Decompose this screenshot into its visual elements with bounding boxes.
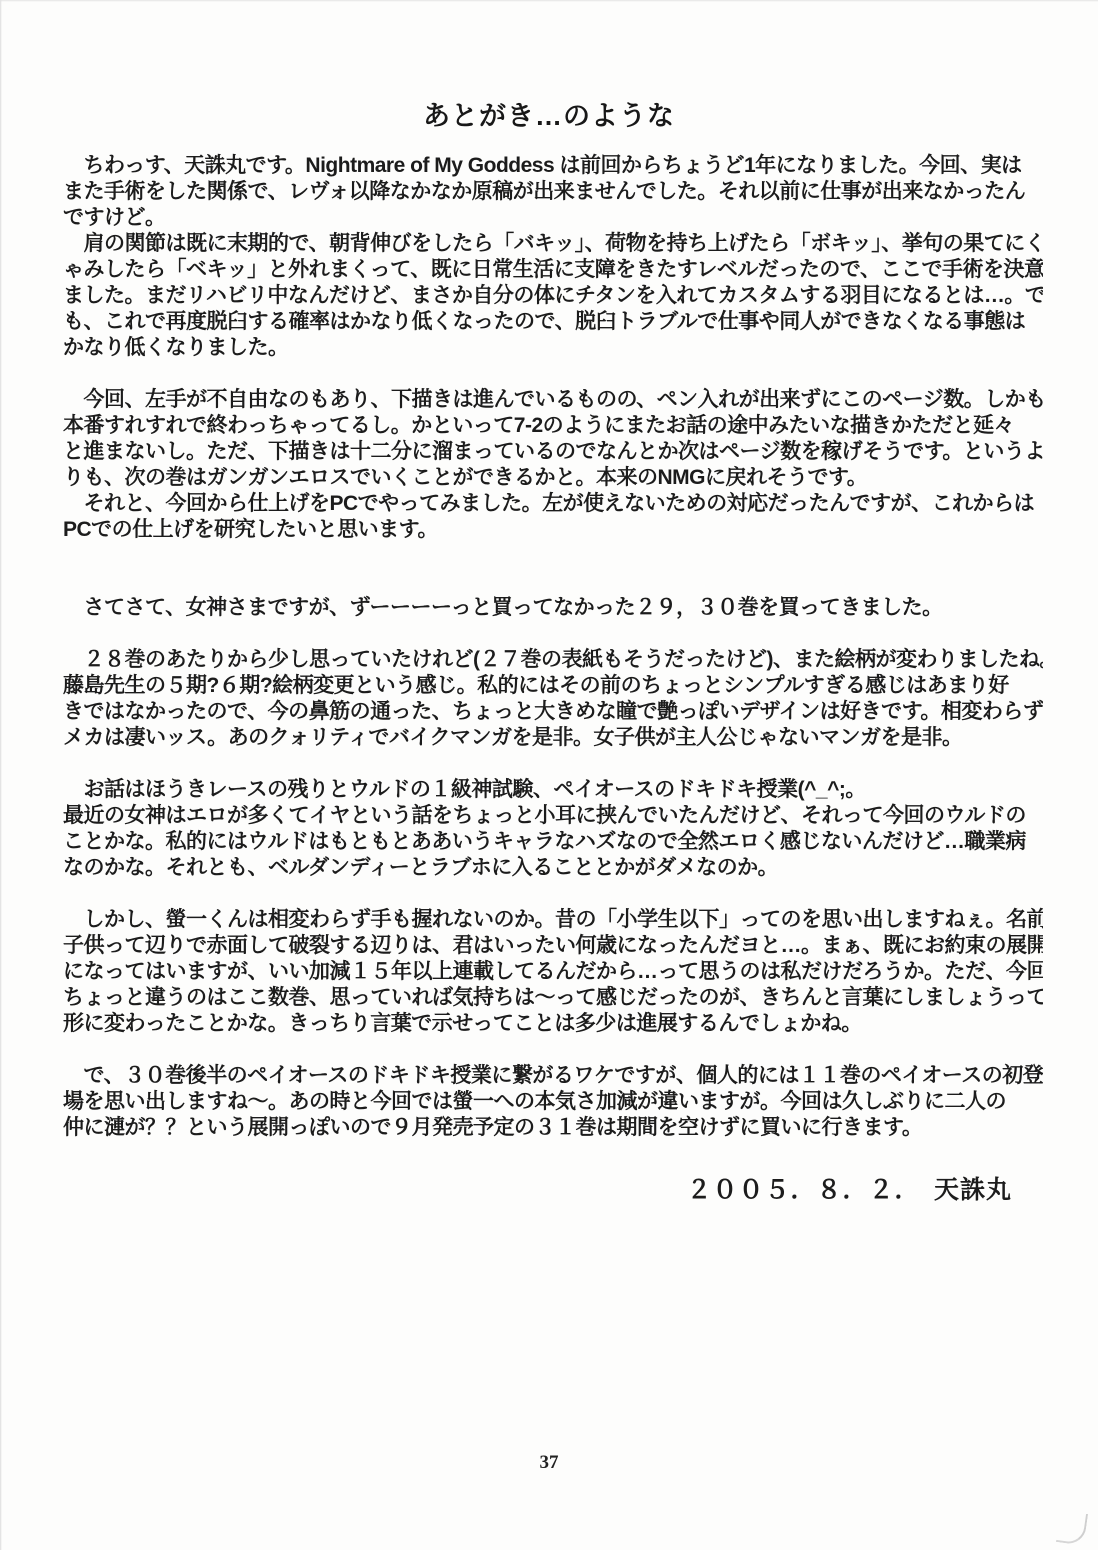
text-line: それと、今回から仕上げをPCでやってみました。左が使えないための対応だったんです… [63, 491, 1043, 517]
text-line [63, 543, 1043, 569]
text-line [63, 881, 1043, 907]
text-line: ちわっす、天誅丸です。Nightmare of My Goddess は前回から… [63, 153, 1043, 179]
text-line: で、３０巻後半のペイオースのドキドキ授業に繋がるワケですが、個人的には１１巻のペ… [63, 1063, 1043, 1089]
text-line: かなり低くなりました。 [63, 335, 1043, 361]
text-line [63, 751, 1043, 777]
text-line: 最近の女神はエロが多くてイヤという話をちょっと小耳に挟んでいたんだけど、それって… [63, 803, 1043, 829]
text-line: また手術をした関係で、レヴォ以降なかなか原稿が出来ませんでした。それ以前に仕事が… [63, 179, 1043, 205]
text-line: ２８巻のあたりから少し思っていたけれど(２７巻の表紙もそうだったけど)、また絵柄… [63, 647, 1043, 673]
text-line: 子供って辺りで赤面して破裂する辺りは、君はいったい何歳になったんだヨと…。まぁ、… [63, 933, 1043, 959]
text-line: ですけど。 [63, 205, 1043, 231]
text-line: お話はほうきレースの残りとウルドの１級神試験、ペイオースのドキドキ授業(^_^;… [63, 777, 1043, 803]
text-line: 仲に漣が？？という展開っぽいので９月発売予定の３１巻は期間を空けずに買いに行きま… [63, 1115, 1043, 1141]
page-number: 37 [0, 1452, 1098, 1474]
text-line [63, 621, 1043, 647]
text-line: になってはいますが、いい加減１５年以上連載してるんだから…って思うのは私だけだろ… [63, 959, 1043, 985]
body-text: ちわっす、天誅丸です。Nightmare of My Goddess は前回から… [63, 153, 1043, 1141]
text-line: 肩の関節は既に末期的で、朝背伸びをしたら「バキッ」、荷物を持ち上げたら「ボキッ」… [63, 231, 1043, 257]
text-line: さてさて、女神さまですが、ずーーーーっと買ってなかった２９，３０巻を買ってきまし… [63, 595, 1043, 621]
text-line: メカは凄いッス。あのクォリティでバイクマンガを是非。女子供が主人公じゃないマンガ… [63, 725, 1043, 751]
afterword-page: あとがき…のような ちわっす、天誅丸です。Nightmare of My God… [0, 0, 1098, 1550]
page-title: あとがき…のような [0, 94, 1098, 133]
text-line: しかし、螢一くんは相変わらず手も握れないのか。昔の「小学生以下」ってのを思い出し… [63, 907, 1043, 933]
text-line: ました。まだリハビリ中なんだけど、まさか自分の体にチタンを入れてカスタムする羽目… [63, 283, 1043, 309]
text-line [63, 361, 1043, 387]
text-line [63, 569, 1043, 595]
text-line: 場を思い出しますね〜。あの時と今回では螢一への本気さ加減が違いますが。今回は久し… [63, 1089, 1043, 1115]
text-line: 藤島先生の５期?６期?絵柄変更という感じ。私的にはその前のちょっとシンプルすぎる… [63, 673, 1043, 699]
text-line: ゃみしたら「ベキッ」と外れまくって、既に日常生活に支障をきたすレベルだったので、… [63, 257, 1043, 283]
date-signature: ２００５．８．２． 天誅丸 [686, 1170, 1012, 1206]
text-line [63, 1037, 1043, 1063]
text-line: ちょっと違うのはここ数巻、思っていれば気持ちは〜って感じだったのが、きちんと言葉… [63, 985, 1043, 1011]
text-line: PCでの仕上げを研究したいと思います。 [63, 517, 1043, 543]
text-line: なのかな。それとも、ベルダンディーとラブホに入ることとかがダメなのか。 [63, 855, 1043, 881]
text-line: も、これで再度脱臼する確率はかなり低くなったので、脱臼トラブルで仕事や同人ができ… [63, 309, 1043, 335]
text-line: と進まないし。ただ、下描きは十二分に溜まっているのでなんとか次はページ数を稼げそ… [63, 439, 1043, 465]
text-line: 形に変わったことかな。きっちり言葉で示せってことは多少は進展するんでしょかね。 [63, 1011, 1043, 1037]
text-line: りも、次の巻はガンガンエロスでいくことができるかと。本来のNMGに戻れそうです。 [63, 465, 1043, 491]
text-line: 本番すれすれで終わっちゃってるし。かといって7-2のようにまたお話の途中みたいな… [63, 413, 1043, 439]
scan-smudge-mark [1056, 1510, 1088, 1546]
text-line: きではなかったので、今の鼻筋の通った、ちょっと大きめな瞳で艶っぽいデザインは好き… [63, 699, 1043, 725]
text-line: ことかな。私的にはウルドはもともとああいうキャラなハズなので全然エロく感じないん… [63, 829, 1043, 855]
text-line: 今回、左手が不自由なのもあり、下描きは進んでいるものの、ペン入れが出来ずにこのペ… [63, 387, 1043, 413]
